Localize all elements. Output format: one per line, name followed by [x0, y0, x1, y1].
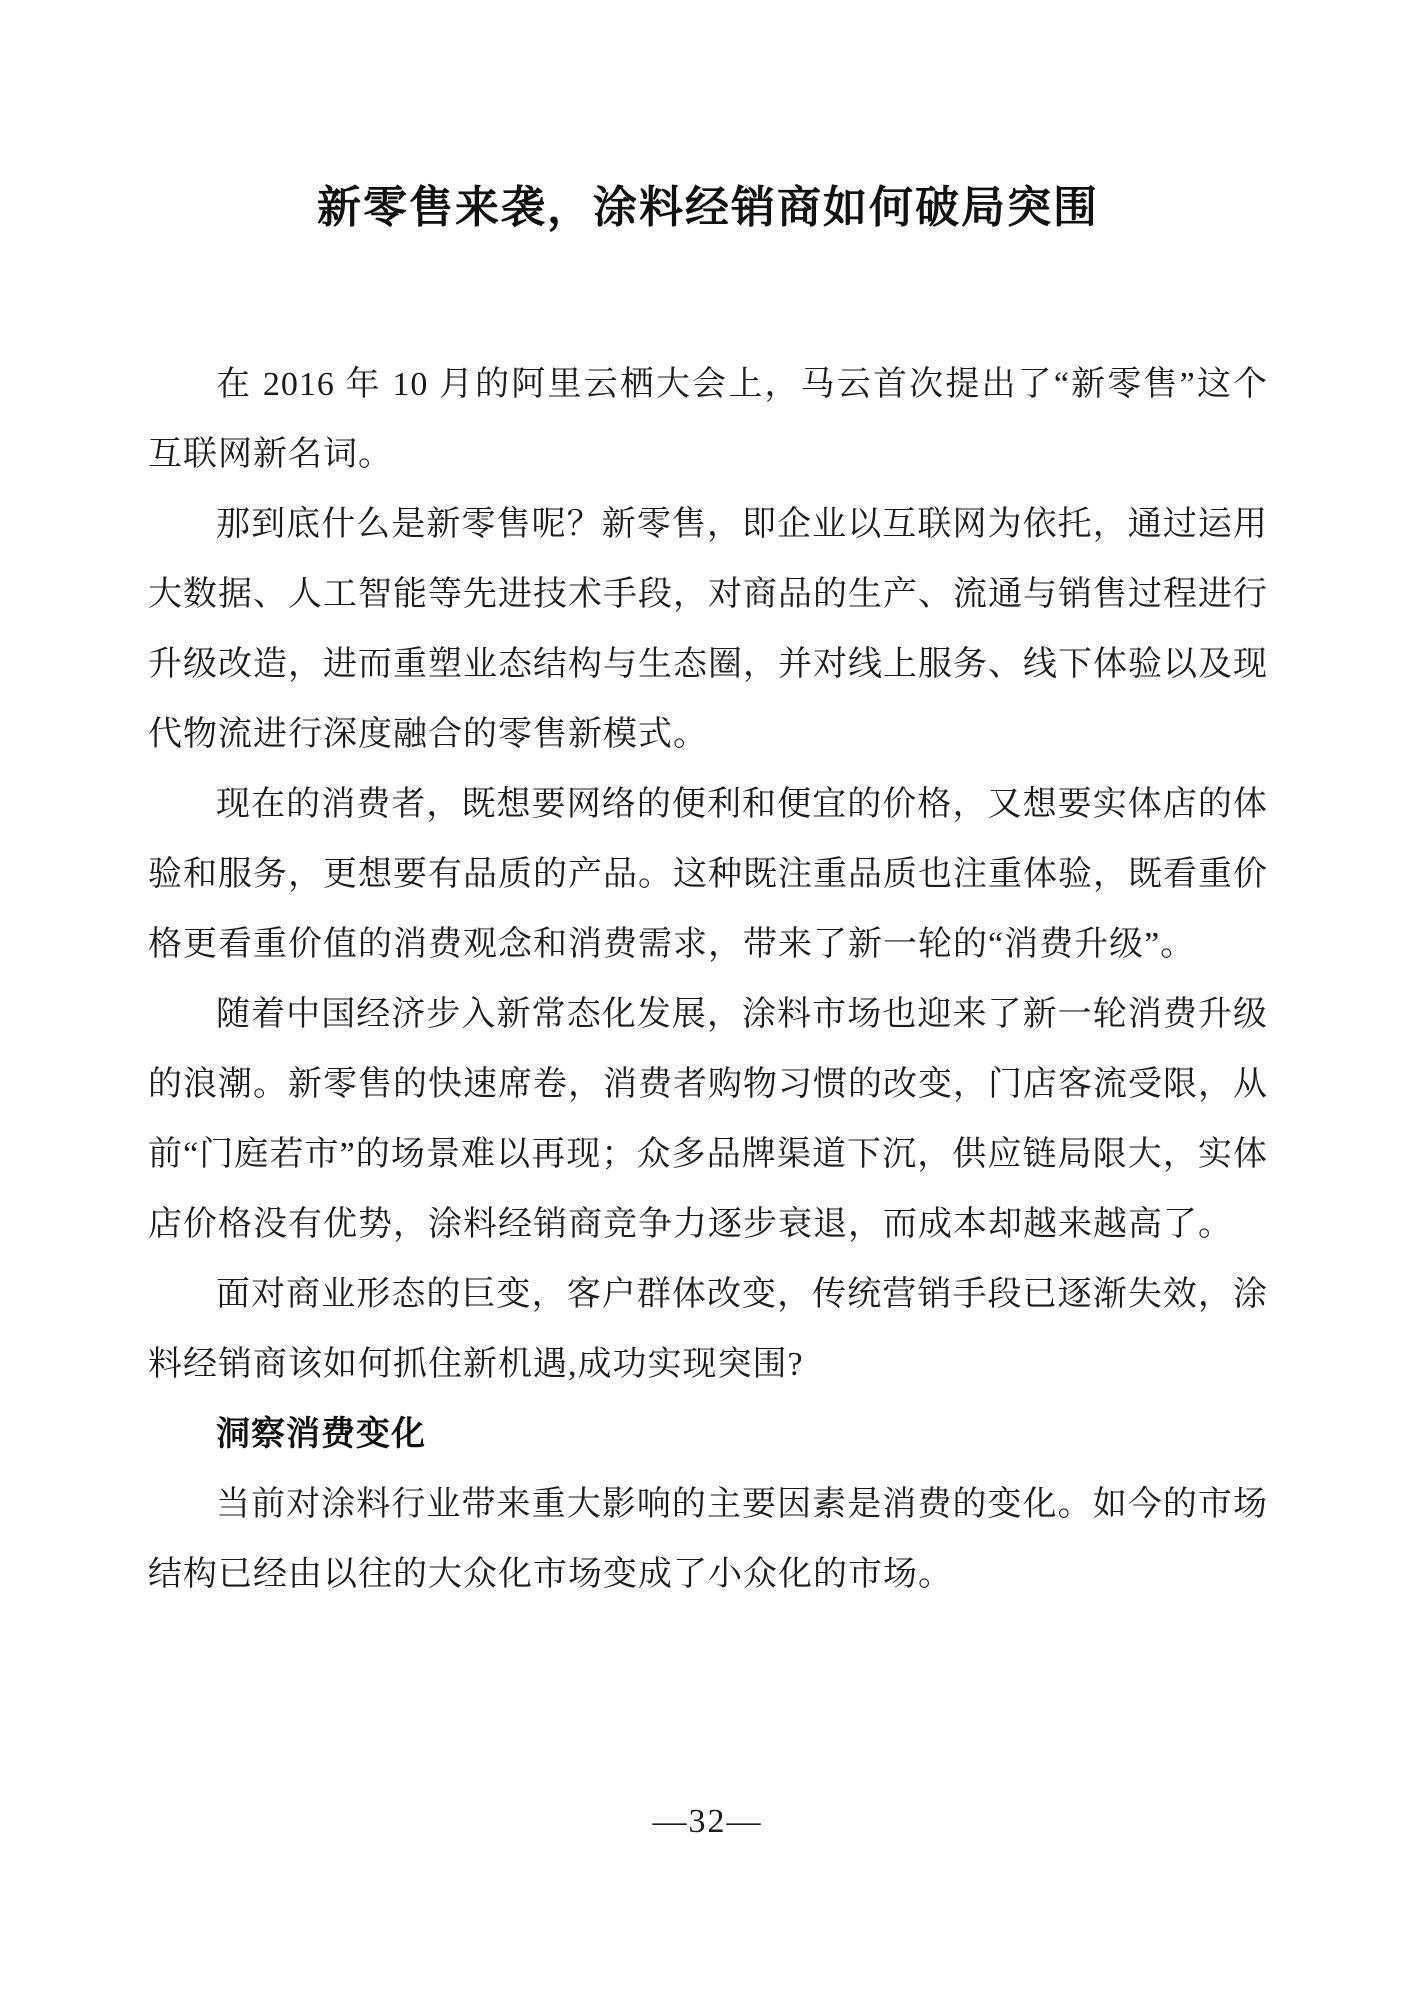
paragraph-consumption-change: 当前对涂料行业带来重大影响的主要因素是消费的变化。如今的市场结构已经由以往的大众… [148, 1470, 1268, 1610]
page-number: —32— [0, 1800, 1415, 1844]
page-title: 新零售来袭，涂料经销商如何破局突围 [148, 180, 1268, 236]
paragraph-intro: 在 2016 年 10 月的阿里云栖大会上，马云首次提出了“新零售”这个互联网新… [148, 350, 1268, 490]
paragraph-market-trend: 随着中国经济步入新常态化发展，涂料市场也迎来了新一轮消费升级的浪潮。新零售的快速… [148, 980, 1268, 1260]
document-page: 新零售来袭，涂料经销商如何破局突围 在 2016 年 10 月的阿里云栖大会上，… [0, 0, 1415, 2000]
section-heading: 洞察消费变化 [148, 1400, 1268, 1470]
paragraph-consumers: 现在的消费者，既想要网络的便利和便宜的价格，又想要实体店的体验和服务，更想要有品… [148, 770, 1268, 980]
document-body: 在 2016 年 10 月的阿里云栖大会上，马云首次提出了“新零售”这个互联网新… [148, 350, 1268, 1610]
paragraph-definition: 那到底什么是新零售呢？新零售，即企业以互联网为依托，通过运用大数据、人工智能等先… [148, 490, 1268, 770]
paragraph-question: 面对商业形态的巨变，客户群体改变，传统营销手段已逐渐失效，涂料经销商该如何抓住新… [148, 1260, 1268, 1400]
